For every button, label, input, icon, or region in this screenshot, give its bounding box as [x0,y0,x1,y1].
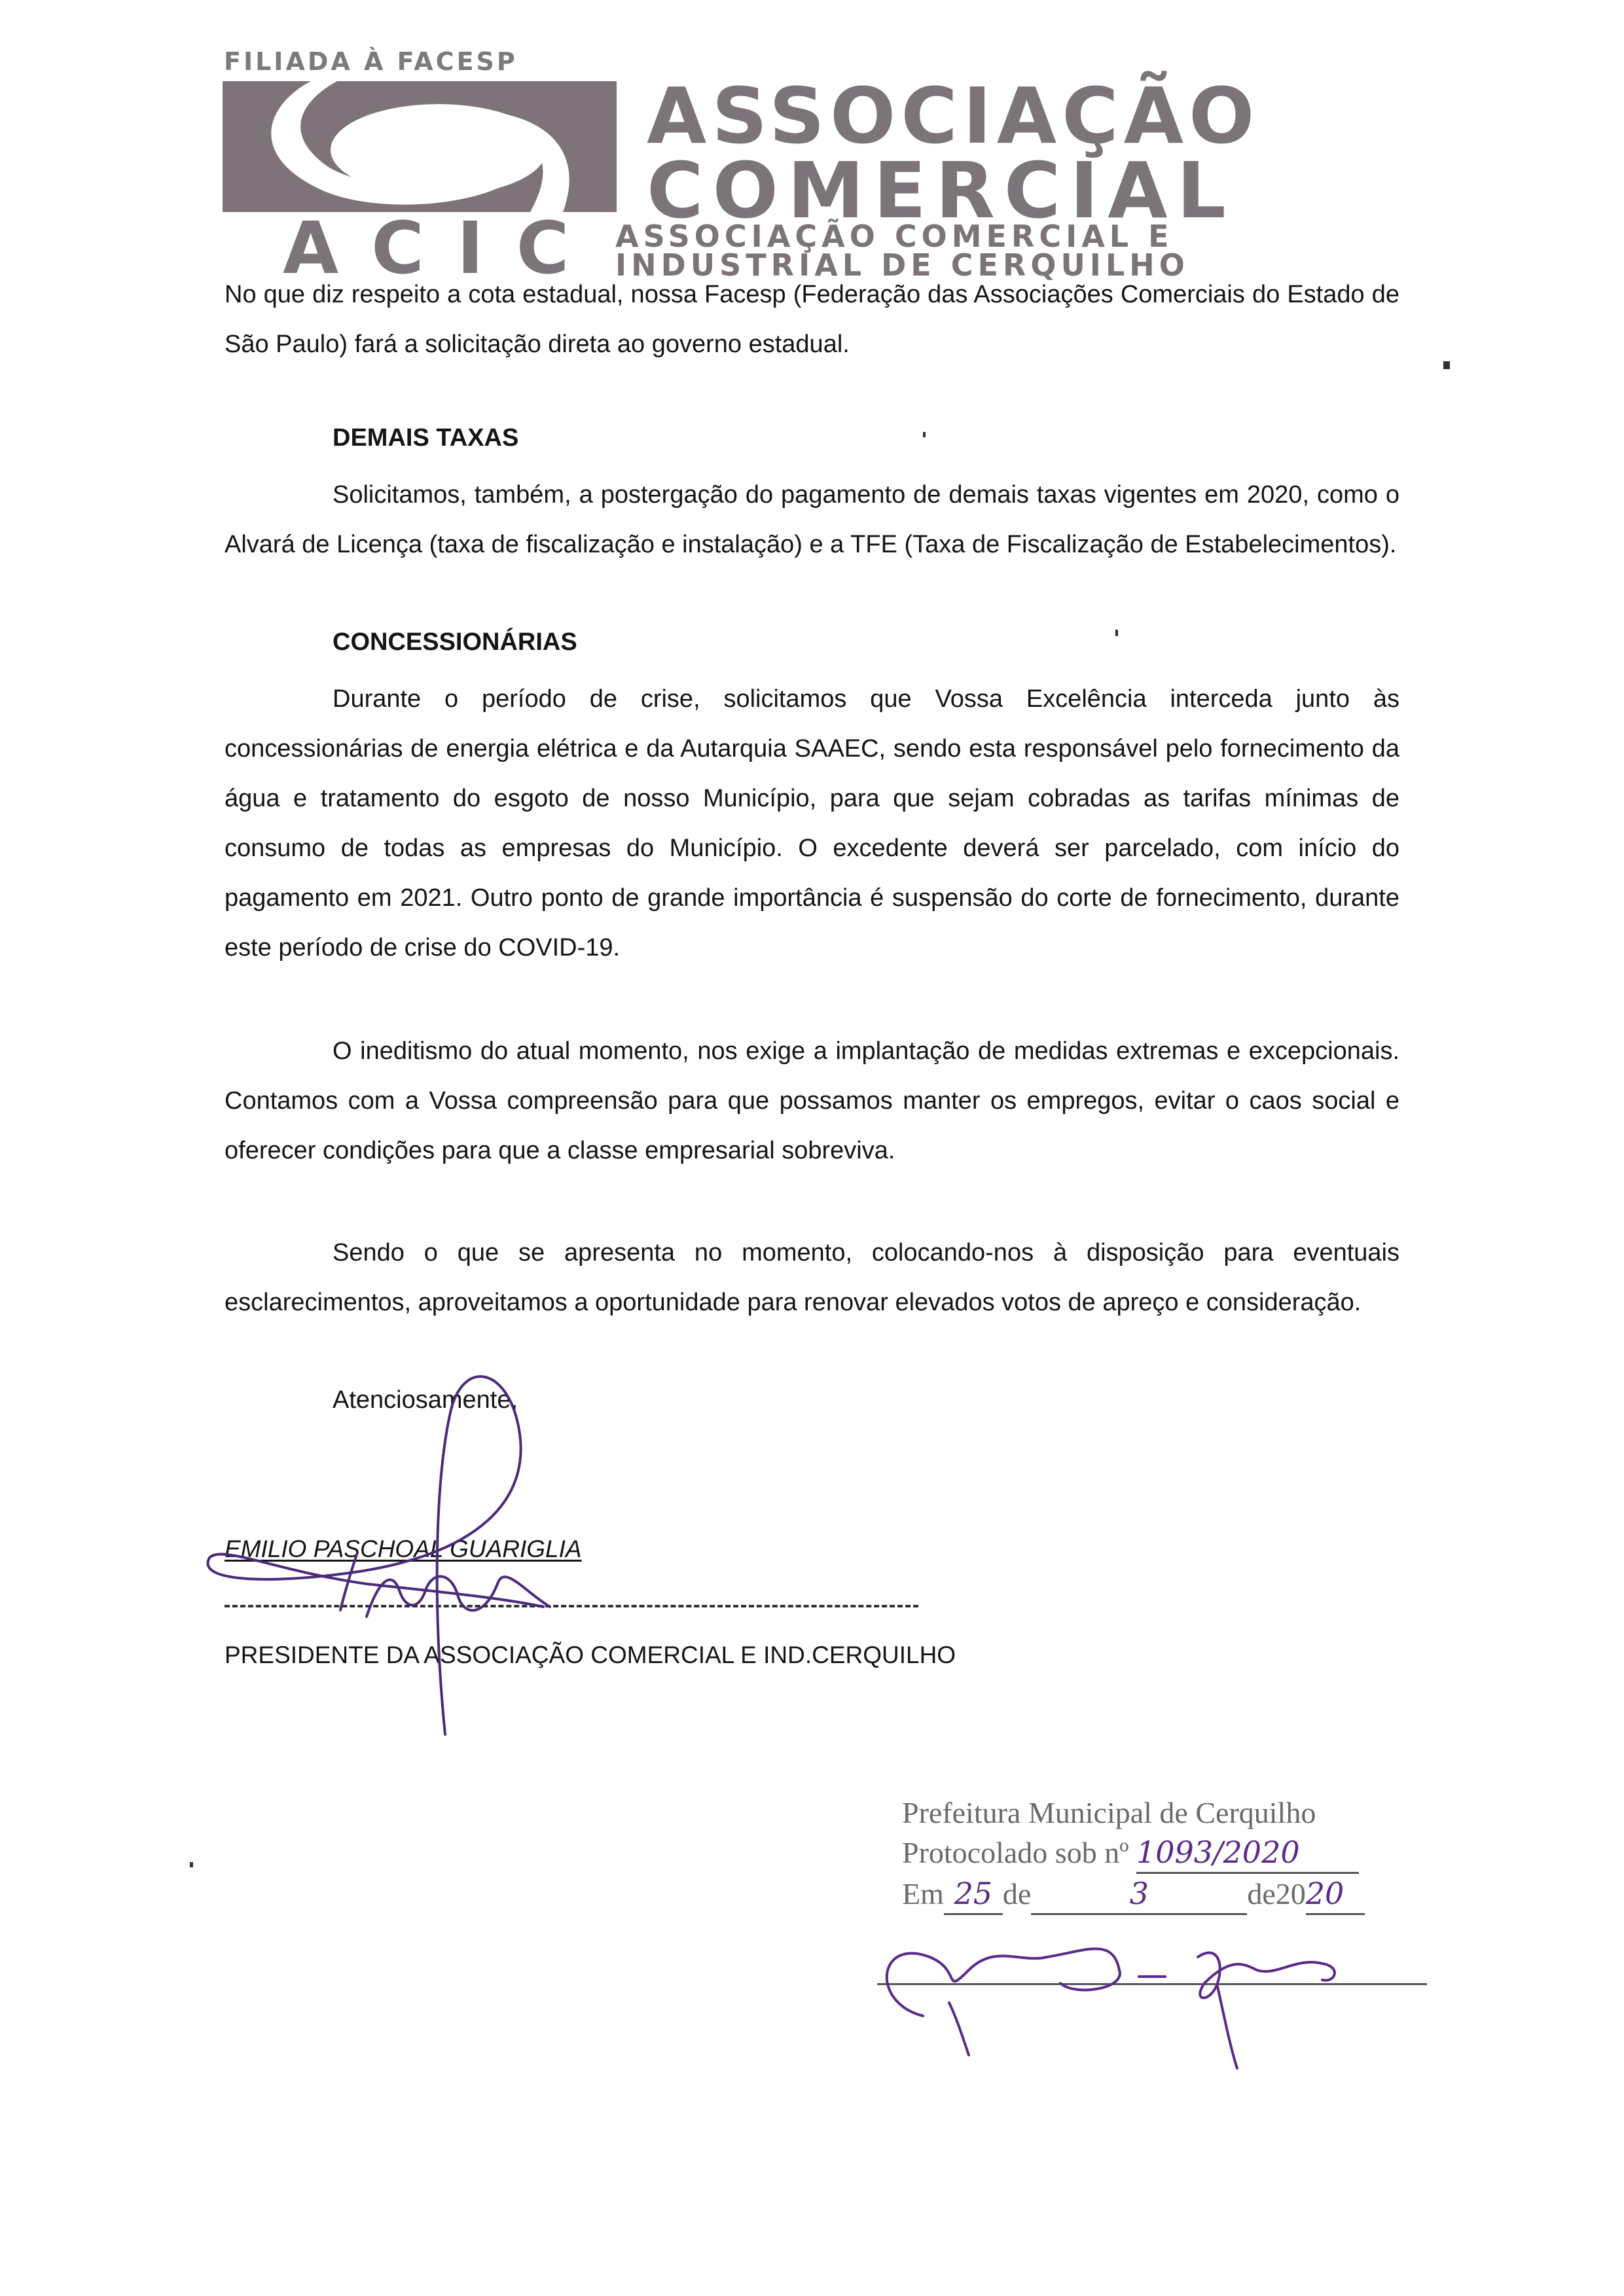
stamp-day: 25 [944,1874,1003,1915]
extreme-measures-paragraph: O ineditismo do atual momento, nos exige… [225,1026,1399,1175]
stamp-date-row: Em25de3de2020 [902,1874,1439,1915]
stamp-municipality: Prefeitura Municipal de Cerquilho [902,1793,1439,1833]
stamp-month: 3 [1031,1874,1247,1915]
org-name-line1: ASSOCIAÇÃO [647,77,1259,154]
intro-text: No que diz respeito a cota estadual, nos… [225,270,1399,369]
affiliation-label: FILIADA À FACESP [224,47,518,76]
extreme-measures-text: O ineditismo do atual momento, nos exige… [225,1026,1399,1175]
section-heading-demais-taxas: DEMAIS TAXAS [333,424,518,452]
section-heading-concessionarias: CONCESSIONÁRIAS [333,628,577,656]
scan-speck [1115,630,1118,636]
salutation: Atenciosamente, [333,1386,518,1414]
intro-paragraph: No que diz respeito a cota estadual, nos… [225,270,1399,369]
org-name-line2: COMERCIAL [647,152,1235,229]
signature-dashed-line [225,1605,918,1607]
protocol-stamp: Prefeitura Municipal de Cerquilho Protoc… [902,1793,1439,1915]
letterhead: FILIADA À FACESP ASSOCIAÇÃO COMERCIAL AC… [223,47,1348,270]
closing-paragraph: Sendo o que se apresenta no momento, col… [225,1228,1399,1327]
scan-speck [923,432,926,437]
demais-taxas-paragraph: Solicitamos, também, a postergação do pa… [225,470,1399,569]
stamp-date-prefix: Em [902,1877,944,1910]
stamp-protocol-number: 1093/2020 [1136,1833,1359,1874]
stamp-de-label: de [1003,1877,1031,1910]
swirl-emblem-icon [223,81,617,212]
signer-title: PRESIDENTE DA ASSOCIAÇÃO COMERCIAL E IND… [225,1641,956,1669]
stamp-year-label: de20 [1247,1877,1305,1910]
scan-speck [190,1862,193,1867]
stamp-signature-line [877,1983,1427,1985]
stamp-protocol-label: Protocolado sob nº [902,1836,1128,1869]
closing-text: Sendo o que se apresenta no momento, col… [225,1228,1399,1327]
concessionarias-paragraph: Durante o período de crise, solicitamos … [225,674,1399,973]
demais-taxas-text: Solicitamos, também, a postergação do pa… [225,470,1399,569]
stamp-protocol-row: Protocolado sob nº 1093/2020 [902,1833,1439,1874]
concessionarias-text: Durante o período de crise, solicitamos … [225,674,1399,973]
stamp-signature-icon [887,1949,1335,2069]
stamp-year-suffix: 20 [1306,1874,1365,1915]
signer-name: EMILIO PASCHOAL GUARIGLIA [225,1535,582,1563]
scan-speck [1443,361,1450,369]
